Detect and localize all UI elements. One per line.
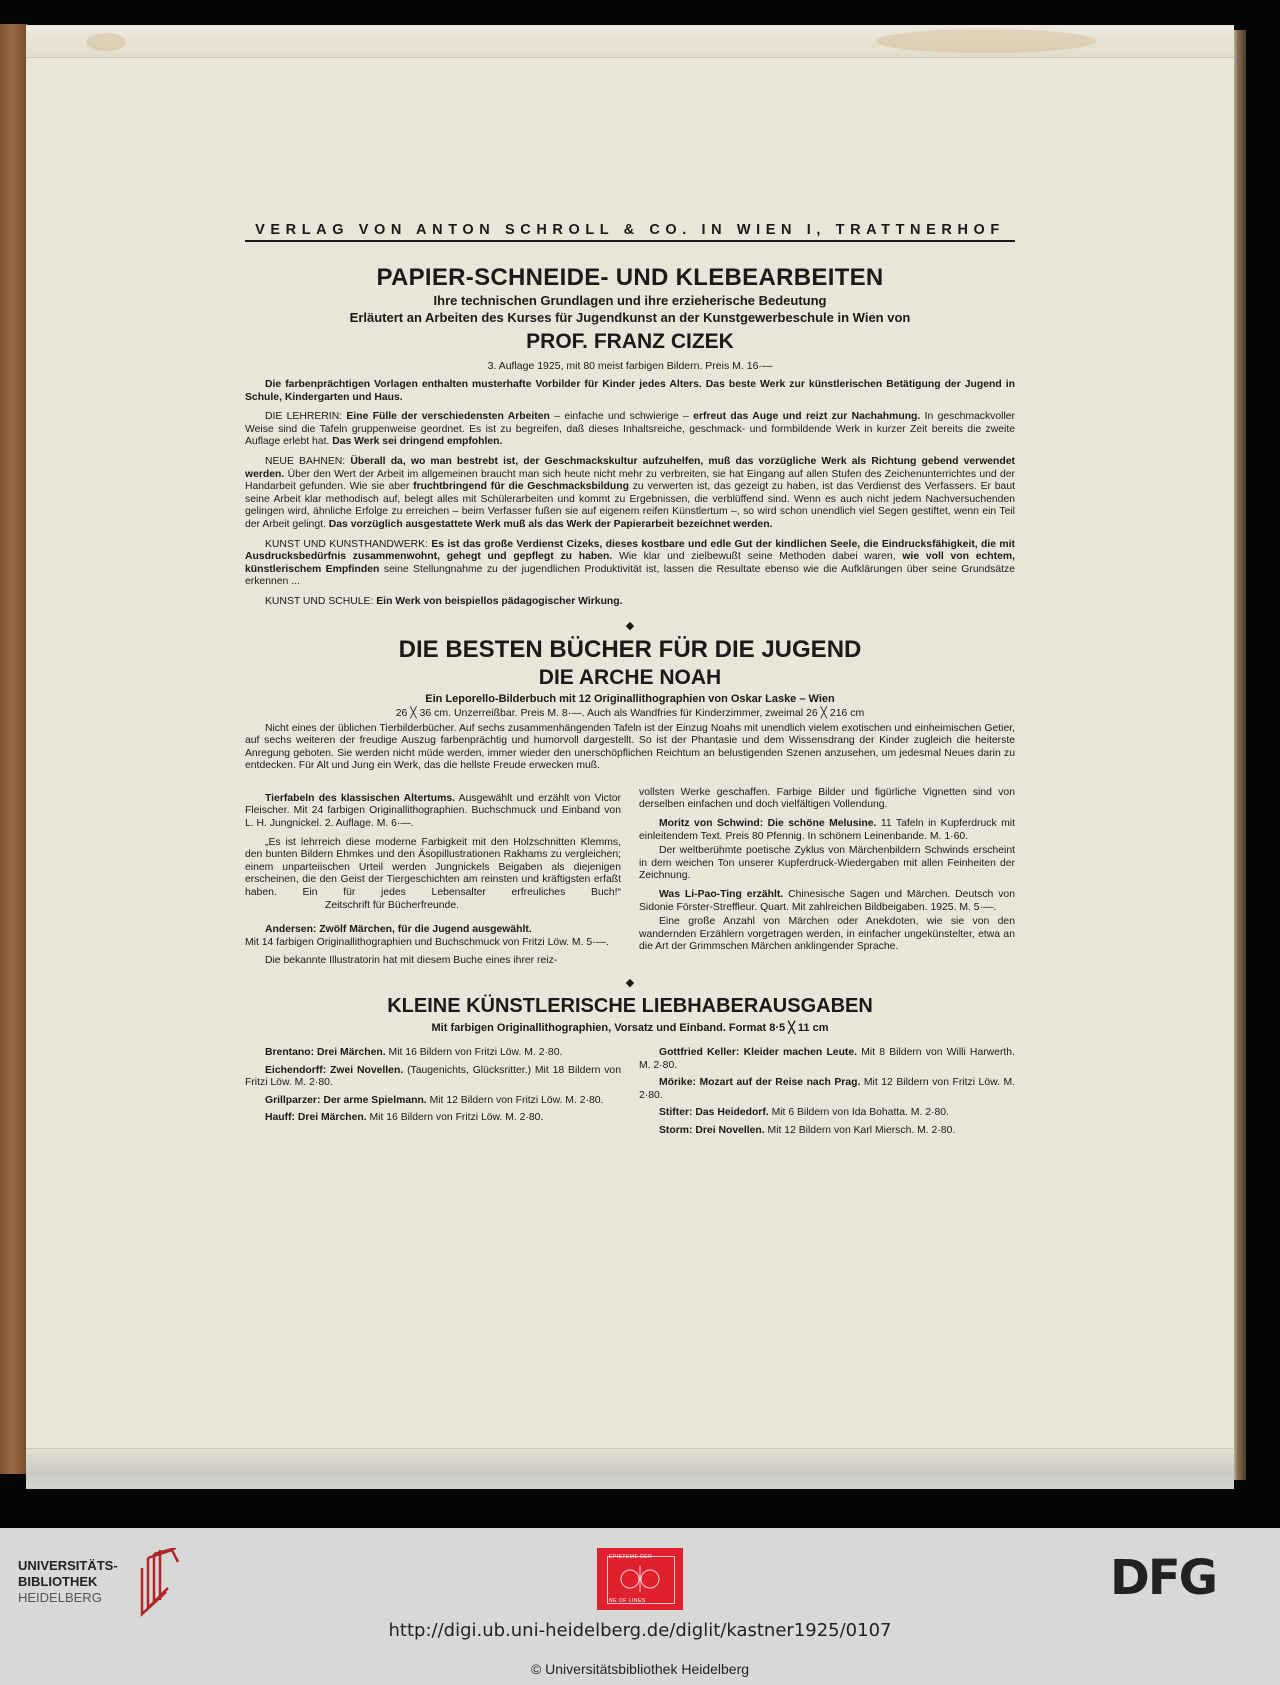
review-emphasis: Ein Werk von beispiellos pädagogischer W… bbox=[376, 596, 622, 607]
episteme-logo-icon[interactable]: EPISTEME DER NE OF LINES bbox=[597, 1548, 683, 1610]
book-list-item: Grillparzer: Der arme Spielmann. Mit 12 … bbox=[245, 1095, 621, 1108]
left-column: Tierfabeln des klassischen Altertums. Au… bbox=[245, 787, 621, 968]
book-list-item: Eichendorff: Zwei Novellen. (Taugenichts… bbox=[245, 1065, 621, 1090]
left-column: Brentano: Drei Märchen. Mit 16 Bildern v… bbox=[245, 1042, 621, 1138]
book-list-item: Hauff: Drei Märchen. Mit 16 Bildern von … bbox=[245, 1112, 621, 1125]
quote-source: Zeitschrift für Bücherfreunde. bbox=[305, 900, 459, 913]
book-entry-title: Tierfabeln des klassischen Altertums. bbox=[265, 793, 455, 804]
book-list-item-title: Stifter: Das Heidedorf. bbox=[659, 1107, 769, 1118]
review-paragraph: KUNST UND KUNSTHANDWERK: Es ist das groß… bbox=[245, 539, 1015, 589]
ub-heidelberg-logo-icon bbox=[128, 1548, 188, 1618]
book-list-item: Gottfried Keller: Kleider machen Leute. … bbox=[639, 1047, 1015, 1072]
book-entry: Moritz von Schwind: Die schöne Melusine.… bbox=[639, 818, 1015, 843]
review-paragraph: KUNST UND SCHULE: Ein Werk von beispiell… bbox=[245, 596, 1015, 609]
book-list-item: Stifter: Das Heidedorf. Mit 6 Bildern vo… bbox=[639, 1107, 1015, 1120]
review-paragraph: NEUE BAHNEN: Überall da, wo man bestrebt… bbox=[245, 456, 1015, 532]
document-content: VERLAG VON ANTON SCHROLL & CO. IN WIEN I… bbox=[245, 222, 1015, 1138]
book-spine bbox=[0, 24, 28, 1474]
book-entry-title: Andersen: Zwölf Märchen, für die Jugend … bbox=[265, 924, 532, 935]
separator-diamond-icon: ◆ bbox=[245, 976, 1015, 989]
book-entry-title: Moritz von Schwind: Die schöne Melusine. bbox=[659, 818, 876, 829]
review-emphasis: erfreut das Auge und reizt zur Nachahmun… bbox=[693, 411, 920, 422]
book-list-item-title: Grillparzer: Der arme Spielmann. bbox=[265, 1095, 427, 1106]
book-list-item-title: Hauff: Drei Märchen. bbox=[265, 1112, 367, 1123]
section-title: KLEINE KÜNSTLERISCHE LIEBHABERAUSGABEN bbox=[245, 995, 1015, 1018]
book-list-item-text: Mit 6 Bildern von Ida Bohatta. M. 2·80. bbox=[769, 1107, 949, 1118]
library-name-line: HEIDELBERG bbox=[18, 1590, 118, 1606]
library-name: UNIVERSITÄTS- BIBLIOTHEK HEIDELBERG bbox=[18, 1558, 118, 1606]
review-paragraph: DIE LEHRERIN: Eine Fülle der verschieden… bbox=[245, 411, 1015, 449]
book-edge bbox=[1232, 30, 1246, 1480]
paper-stain bbox=[86, 33, 126, 51]
university-library-logo[interactable]: UNIVERSITÄTS- BIBLIOTHEK HEIDELBERG bbox=[18, 1548, 188, 1618]
reviews: DIE LEHRERIN: Eine Fülle der verschieden… bbox=[245, 411, 1015, 608]
section-subtitle: Mit farbigen Originallithographien, Vors… bbox=[245, 1021, 1015, 1034]
review-source: KUNST UND SCHULE: bbox=[265, 596, 376, 607]
book-list-item-text: Mit 16 Bildern von Fritzi Löw. M. 2·80. bbox=[367, 1112, 544, 1123]
dfg-logo[interactable]: DFG bbox=[1110, 1550, 1216, 1606]
page-bottom-edge bbox=[26, 1448, 1234, 1489]
section-title: PAPIER-SCHNEIDE- UND KLEBEARBEITEN bbox=[245, 264, 1015, 292]
review-source: NEUE BAHNEN: bbox=[265, 456, 350, 467]
library-name-line: UNIVERSITÄTS- bbox=[18, 1558, 118, 1574]
book-entry-desc: Eine große Anzahl von Märchen oder Anekd… bbox=[639, 916, 1015, 954]
library-name-line: BIBLIOTHEK bbox=[18, 1574, 118, 1590]
section-title: DIE BESTEN BÜCHER FÜR DIE JUGEND bbox=[245, 636, 1015, 664]
permalink-url[interactable]: http://digi.ub.uni-heidelberg.de/diglit/… bbox=[0, 1620, 1280, 1641]
right-column: vollsten Werke geschaffen. Farbige Bilde… bbox=[639, 787, 1015, 968]
book-list-item: Brentano: Drei Märchen. Mit 16 Bildern v… bbox=[245, 1047, 621, 1060]
book-entry-desc: Der weltberühmte poetische Zyklus von Mä… bbox=[639, 845, 1015, 883]
book-list-item: Mörike: Mozart auf der Reise nach Prag. … bbox=[639, 1077, 1015, 1102]
book-entry: Was Li-Pao-Ting erzählt. Chinesische Sag… bbox=[639, 889, 1015, 914]
logo-text: NE OF LINES bbox=[609, 1598, 646, 1604]
review-text: Wie klar und zielbewußt seine Methoden d… bbox=[612, 551, 902, 562]
book-entry-title: Was Li-Pao-Ting erzählt. bbox=[659, 889, 783, 900]
book-list-item-title: Eichendorff: Zwei Novellen. bbox=[265, 1065, 403, 1076]
two-column-listing: Brentano: Drei Märchen. Mit 16 Bildern v… bbox=[245, 1042, 1015, 1138]
author-name: PROF. FRANZ CIZEK bbox=[245, 330, 1015, 354]
book-title: DIE ARCHE NOAH bbox=[245, 666, 1015, 690]
review-emphasis: fruchtbringend für die Geschmacksbildung bbox=[413, 481, 629, 492]
viewer-footer: UNIVERSITÄTS- BIBLIOTHEK HEIDELBERG EPIS… bbox=[0, 1528, 1280, 1685]
book-list-item-title: Gottfried Keller: Kleider machen Leute. bbox=[659, 1047, 857, 1058]
quote-text: „Es ist lehrreich diese moderne Farbigke… bbox=[245, 837, 621, 898]
paper-stain bbox=[876, 29, 1096, 53]
section-subtitle: Erläutert an Arbeiten des Kurses für Jug… bbox=[245, 309, 1015, 326]
publisher-line: VERLAG VON ANTON SCHROLL & CO. IN WIEN I… bbox=[245, 222, 1015, 242]
book-entry-desc: Die bekannte Illustratorin hat mit diese… bbox=[245, 955, 621, 968]
edition-info: 3. Auflage 1925, mit 80 meist farbigen B… bbox=[245, 360, 1015, 372]
book-list-item-title: Mörike: Mozart auf der Reise nach Prag. bbox=[659, 1077, 860, 1088]
right-column: Gottfried Keller: Kleider machen Leute. … bbox=[639, 1042, 1015, 1138]
book-description: Nicht eines der üblichen Tierbilderbüche… bbox=[245, 723, 1015, 773]
book-quote: „Es ist lehrreich diese moderne Farbigke… bbox=[245, 837, 621, 913]
review-source: DIE LEHRERIN: bbox=[265, 411, 346, 422]
review-text: – einfache und schwierige – bbox=[550, 411, 693, 422]
section-subtitle: Ihre technischen Grundlagen und ihre erz… bbox=[245, 292, 1015, 309]
separator-diamond-icon: ◆ bbox=[245, 619, 1015, 632]
book-entry: Andersen: Zwölf Märchen, für die Jugend … bbox=[245, 924, 621, 937]
faces-icon bbox=[619, 1564, 661, 1594]
review-emphasis: Das Werk sei dringend empfohlen. bbox=[332, 436, 502, 447]
book-list-item-text: Mit 12 Bildern von Karl Miersch. M. 2·80… bbox=[765, 1125, 956, 1136]
review-emphasis: Eine Fülle der verschiedensten Arbeiten bbox=[346, 411, 549, 422]
book-list-item-text: Mit 16 Bildern von Fritzi Löw. M. 2·80. bbox=[386, 1047, 563, 1058]
review-source: KUNST UND KUNSTHANDWERK: bbox=[265, 539, 431, 550]
book-list-item-title: Storm: Drei Novellen. bbox=[659, 1125, 765, 1136]
book-list-item-title: Brentano: Drei Märchen. bbox=[265, 1047, 386, 1058]
book-list-item: Storm: Drei Novellen. Mit 12 Bildern von… bbox=[639, 1125, 1015, 1138]
book-subtitle: Ein Leporello-Bilderbuch mit 12 Original… bbox=[245, 693, 1015, 705]
book-entry-text: Mit 14 farbigen Originallithographien un… bbox=[245, 937, 621, 950]
book-meta: 26 ╳ 36 cm. Unzerreißbar. Preis M. 8·—. … bbox=[245, 707, 1015, 719]
book-entry: Tierfabeln des klassischen Altertums. Au… bbox=[245, 793, 621, 831]
two-column-listing: Tierfabeln des klassischen Altertums. Au… bbox=[245, 787, 1015, 968]
review-emphasis: Das vorzüglich ausgestattete Werk muß al… bbox=[329, 519, 773, 530]
book-entry-desc: vollsten Werke geschaffen. Farbige Bilde… bbox=[639, 787, 1015, 812]
intro-paragraph: Die farbenprächtigen Vorlagen enthalten … bbox=[245, 379, 1015, 404]
logo-text: EPISTEME DER bbox=[609, 1554, 652, 1560]
copyright-notice: © Universitätsbibliothek Heidelberg bbox=[0, 1661, 1280, 1677]
book-list-item-text: Mit 12 Bildern von Fritzi Löw. M. 2·80. bbox=[427, 1095, 604, 1106]
